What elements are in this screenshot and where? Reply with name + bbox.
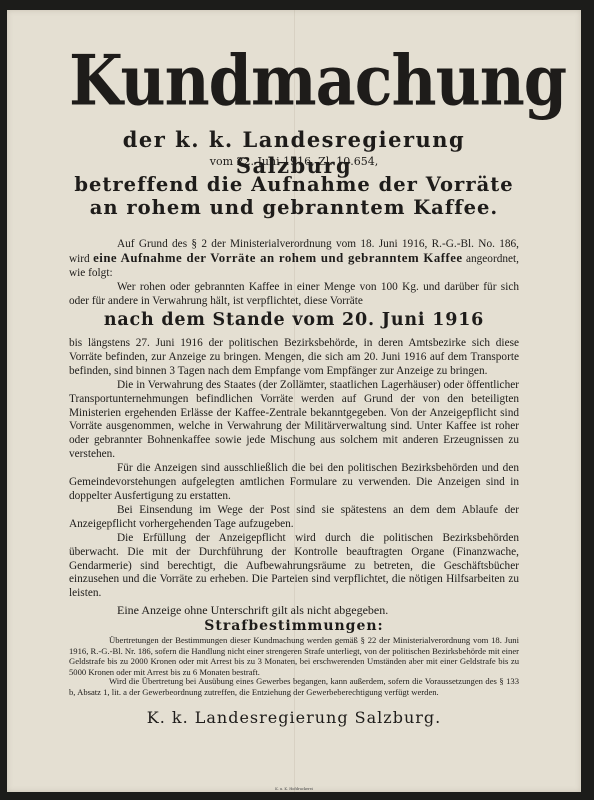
- paragraph-2: bis längstens 27. Juni 1916 der politisc…: [69, 337, 519, 379]
- paragraph-3: Die in Verwahrung des Staates (der Zollä…: [69, 379, 519, 462]
- penalties-paragraph-2: Wird die Übertretung bei Ausübung eines …: [69, 676, 519, 697]
- poster-sheet: Kundmachung der k. k. Landesregierung Sa…: [7, 10, 581, 792]
- main-body: bis längstens 27. Juni 1916 der politisc…: [69, 337, 519, 601]
- penalties-text-2: Wird die Übertretung bei Ausübung eines …: [69, 676, 519, 697]
- paragraph-6: Die Erfüllung der Anzeigepflicht wird du…: [69, 532, 519, 602]
- printer-mark: K. u. K. Hofdruckerei: [7, 787, 581, 791]
- issuing-authority: der k. k. Landesregierung Salzburg: [69, 127, 519, 179]
- intro-emphasis: eine Aufnahme der Vorräte an rohem und g…: [93, 251, 463, 265]
- paragraph-5: Bei Einsendung im Wege der Post sind sie…: [69, 504, 519, 532]
- penalties-paragraph-1: Übertretungen der Bestimmungen dieser Ku…: [69, 635, 519, 677]
- poster-title: Kundmachung: [69, 42, 519, 120]
- paragraph-7: Eine Anzeige ohne Unterschrift gilt als …: [69, 603, 519, 618]
- reference-line: vom 22. Juni 1916, Zl. 10.654,: [69, 155, 519, 169]
- paragraph-4: Für die Anzeigen sind ausschließlich die…: [69, 462, 519, 504]
- intro-paragraph: Auf Grund des § 2 der Ministerialverordn…: [69, 238, 519, 281]
- intro-block: Auf Grund des § 2 der Ministerialverordn…: [69, 238, 519, 309]
- penalties-heading: Strafbestimmungen:: [69, 617, 519, 635]
- key-date-heading: nach dem Stande vom 20. Juni 1916: [69, 309, 519, 331]
- signature: K. k. Landesregierung Salzburg.: [69, 708, 519, 728]
- penalties-text-1: Übertretungen der Bestimmungen dieser Ku…: [69, 635, 519, 677]
- subject-heading: betreffend die Aufnahme der Vorräte an r…: [69, 173, 519, 219]
- paragraph-1: Wer rohen oder gebrannten Kaffee in eine…: [69, 281, 519, 309]
